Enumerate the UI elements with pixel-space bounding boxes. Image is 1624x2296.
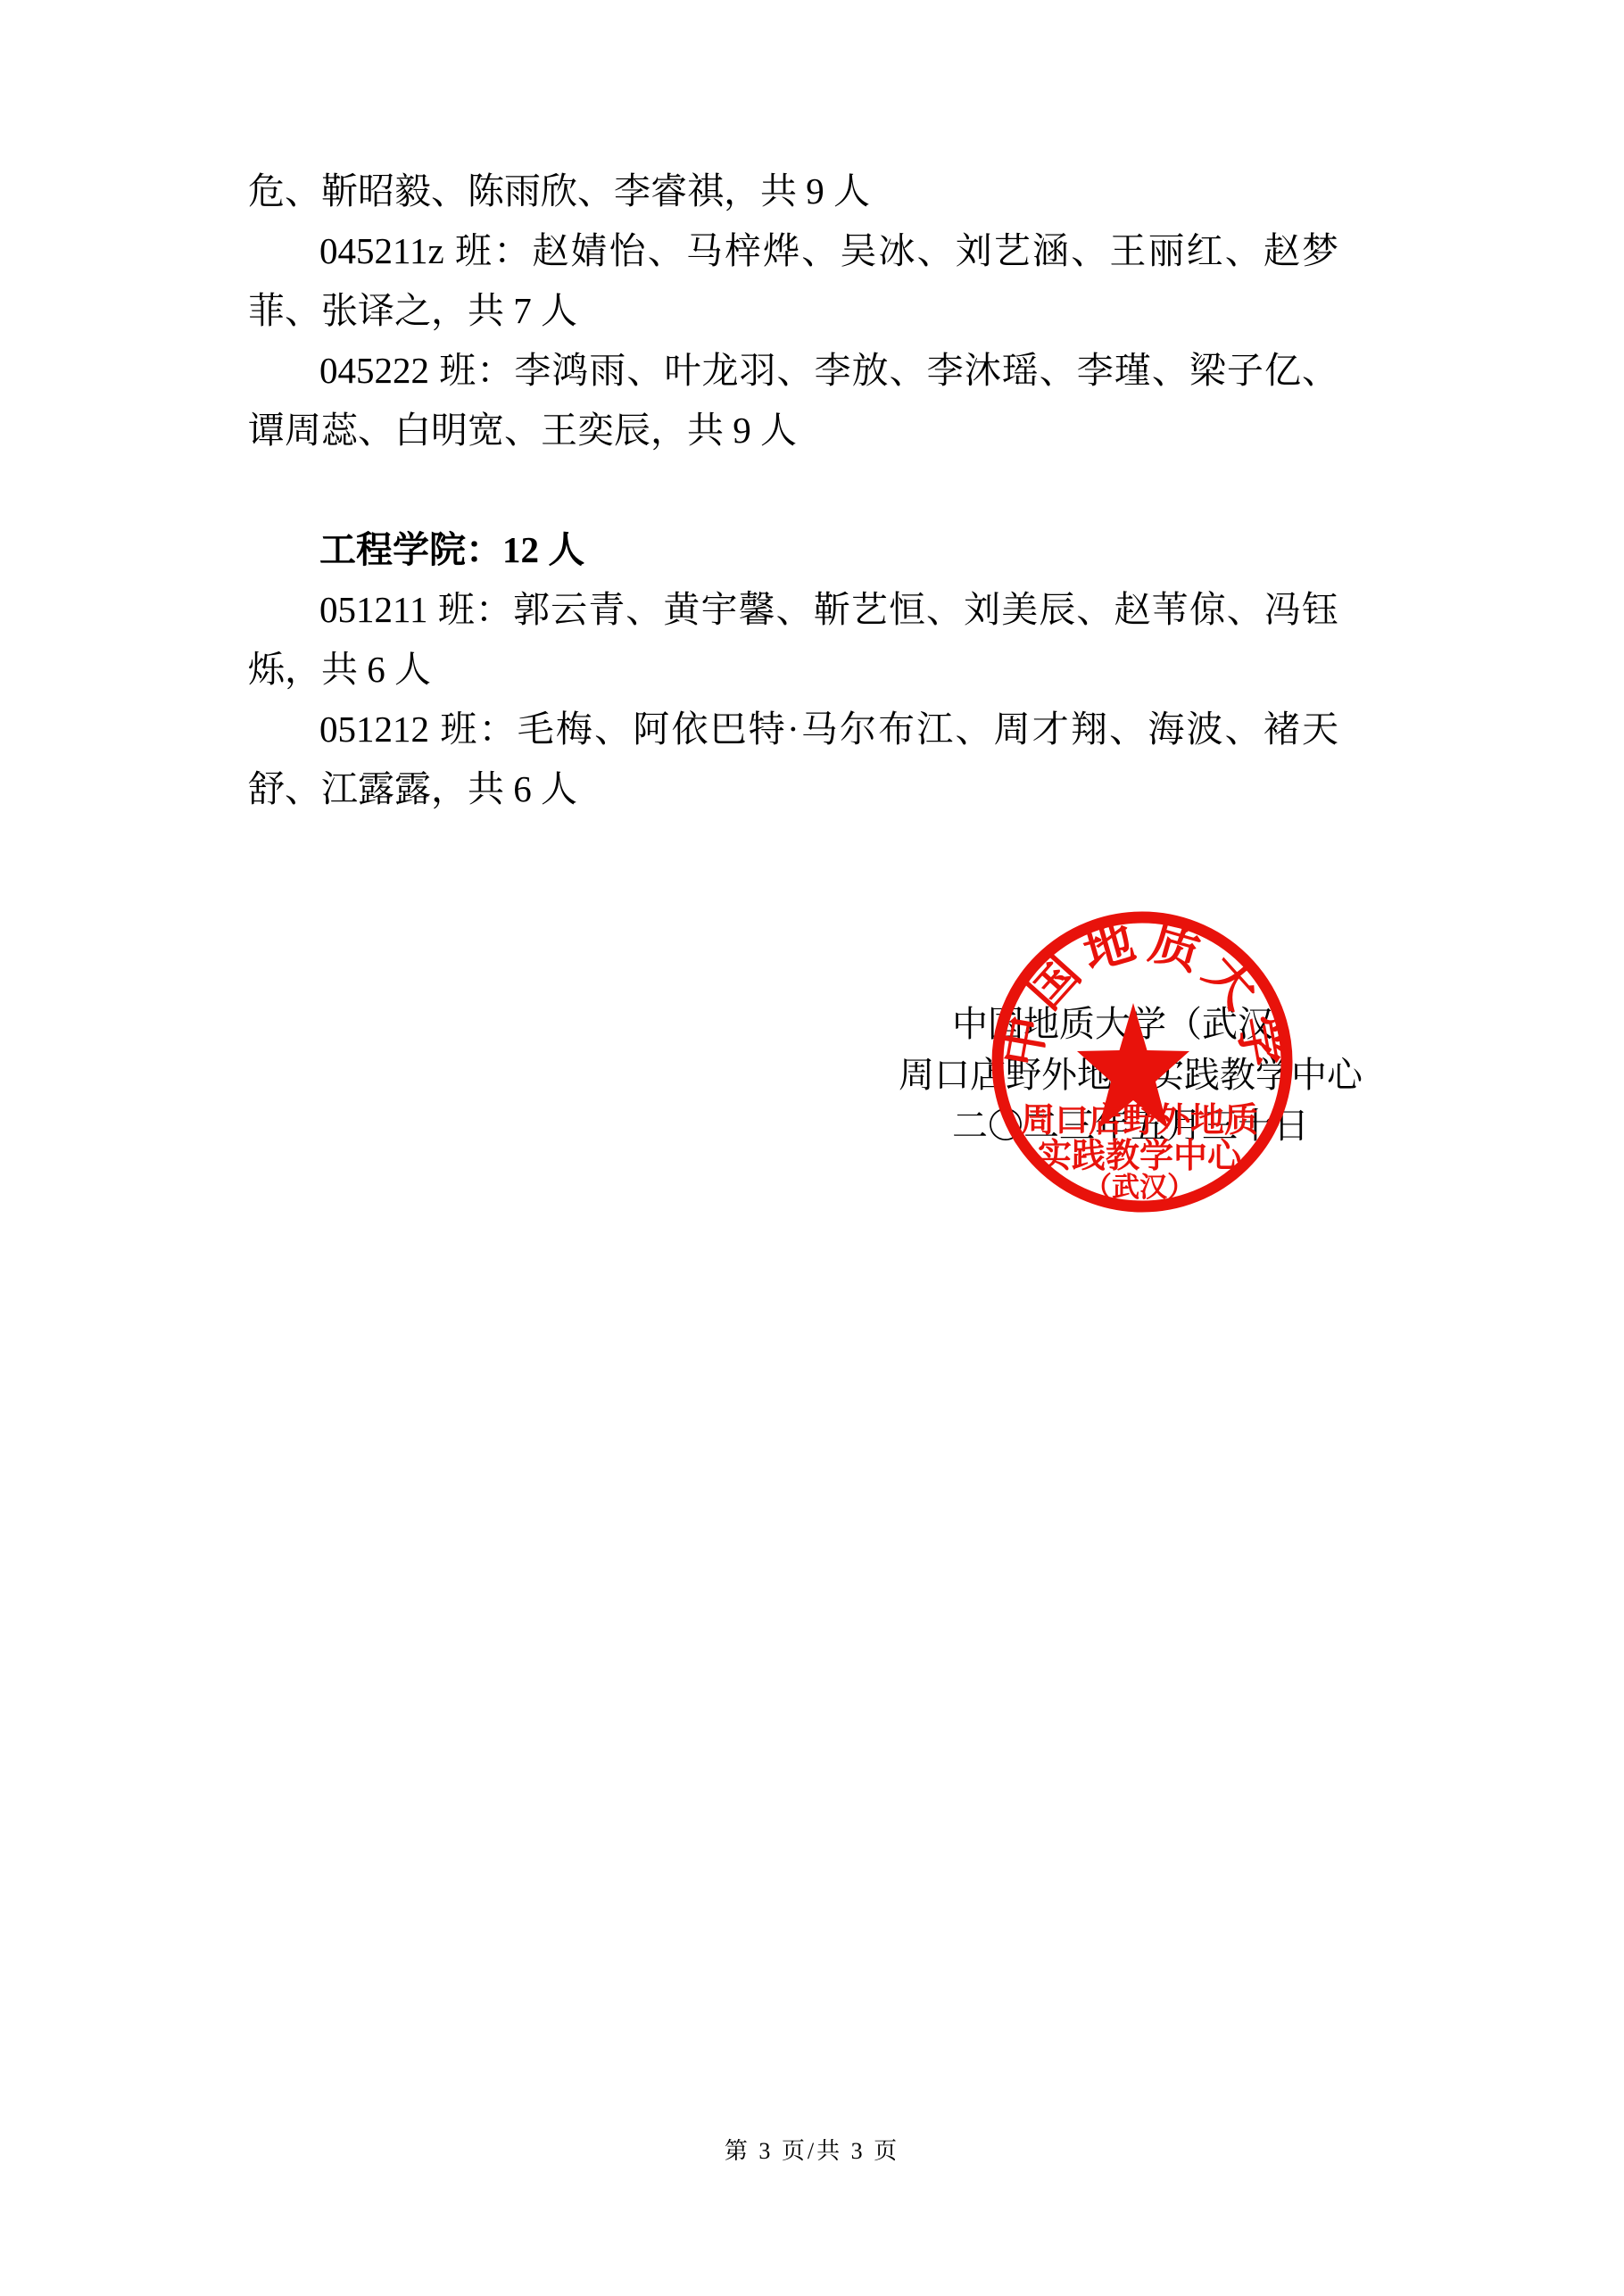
seal-ring-char: 大 [1193,945,1268,1019]
body-line: 舒、江露露，共 6 人 [248,759,1338,819]
page-footer: 第 3 页/共 3 页 [0,2133,1624,2166]
body-line: 045211z 班：赵婧怡、马梓烨、吴冰、刘艺涵、王丽红、赵梦 [248,221,1338,281]
body-line: 051211 班：郭云青、黄宇馨、靳艺恒、刘美辰、赵苇倞、冯钰 [248,580,1338,640]
body-line: 菲、张译之，共 7 人 [248,281,1338,341]
seal-ring-char: 国 [1016,945,1091,1019]
body-line: 谭周蕊、白明宽、王奕辰，共 9 人 [248,401,1338,460]
seal-inner-line1: 周口店野外地质 [1021,1102,1258,1140]
body-line: 危、靳昭毅、陈雨欣、李睿祺，共 9 人 [248,162,1338,221]
body-text: 危、靳昭毅、陈雨欣、李睿祺，共 9 人 045211z 班：赵婧怡、马梓烨、吴冰… [248,162,1338,819]
body-line: 051212 班：毛梅、阿依巴特·马尔布江、周才翔、海波、褚天 [248,700,1338,759]
section-heading-engineering: 工程学院：12 人 [248,520,1338,580]
seal-ring-char: 学 [1228,1012,1291,1071]
seal-inner-line2: 实践教学中心 [1038,1138,1243,1175]
seal-ring-char: 中 [994,1012,1057,1071]
body-line: 烁，共 6 人 [248,640,1338,700]
blank-line [248,460,1338,520]
body-line: 045222 班：李鸿雨、叶龙羽、李放、李沐瑶、李瑾、梁子亿、 [248,341,1338,401]
document-page: 危、靳昭毅、陈雨欣、李睿祺，共 9 人 045211z 班：赵婧怡、马梓烨、吴冰… [0,0,1624,2296]
official-seal: 中 国 地 质 大 学 周口店野外地质 实践教学中心 （武汉） [973,892,1312,1249]
seal-inner-line3: （武汉） [1084,1172,1195,1203]
